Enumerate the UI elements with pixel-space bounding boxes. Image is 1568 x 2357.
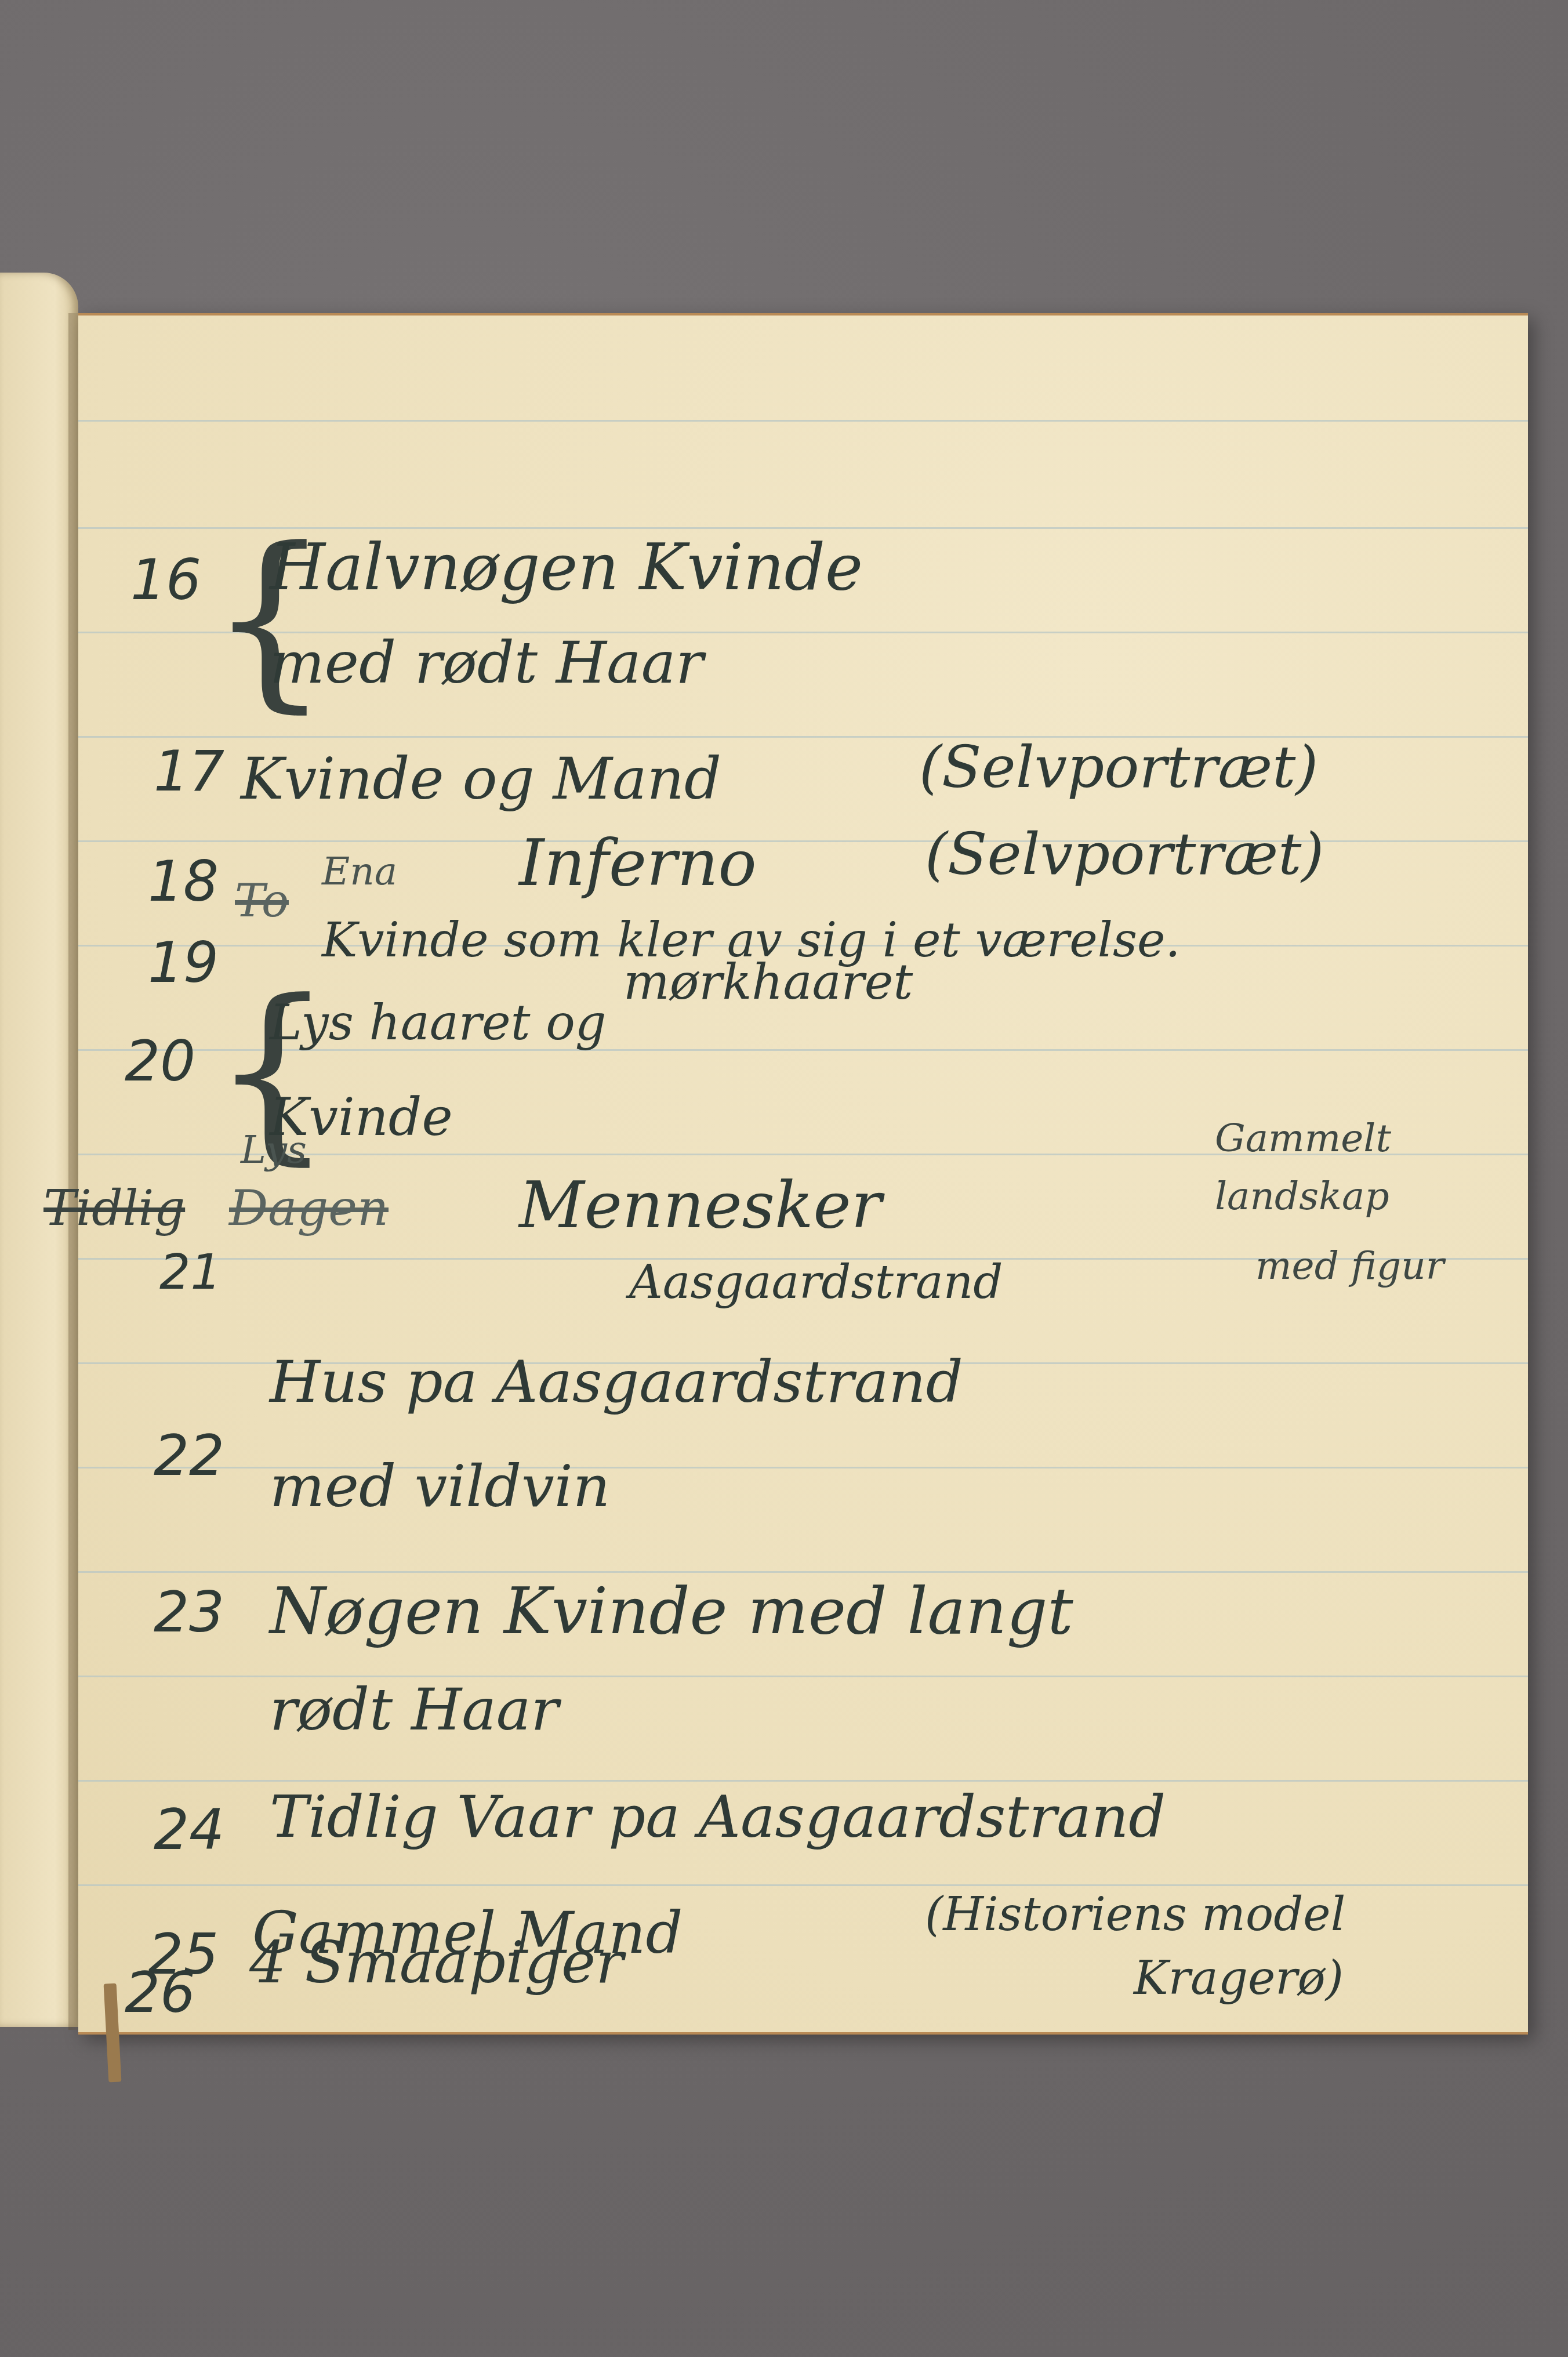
side-note-line: Gammelt xyxy=(1215,1116,1391,1161)
entry-number: 19 xyxy=(148,930,219,995)
entry-line: (Selvportræt) xyxy=(925,820,1324,888)
overwritten-word: Ena xyxy=(322,849,397,894)
entry-line: Kvinde og Mand xyxy=(241,745,721,813)
entry-line: 4 Smaapiger xyxy=(249,1928,623,1996)
ruled-line xyxy=(78,1571,1528,1573)
entry-line: Hus pa Aasgaardstrand xyxy=(270,1348,963,1416)
entry-line: Nøgen Kvinde med langt xyxy=(270,1574,1073,1648)
entry-line: Halvnøgen Kvinde xyxy=(270,530,863,604)
entry-number: 20 xyxy=(125,1029,195,1094)
entry-line: (Selvportræt) xyxy=(919,733,1318,801)
ruled-line xyxy=(78,420,1528,422)
struck-word: Tidlig xyxy=(43,1180,185,1236)
ruled-line xyxy=(78,1884,1528,1886)
entry-line: rødt Haar xyxy=(270,1676,558,1743)
entry-number: 26 xyxy=(125,1960,195,2025)
entry-number: 24 xyxy=(154,1797,224,1862)
entry-number: 23 xyxy=(154,1580,224,1645)
notebook-page: 16 { Halvnøgen Kvinde med rødt Haar 17 K… xyxy=(78,313,1528,2035)
entry-number: 16 xyxy=(130,547,201,612)
inserted-word: Lys xyxy=(241,1127,307,1172)
entry-line: mørkhaaret xyxy=(623,953,913,1010)
entry-line: med vildvin xyxy=(270,1452,610,1520)
left-page-edge xyxy=(0,273,78,2027)
struck-word: To xyxy=(235,875,289,927)
entry-line: (Historiens model xyxy=(925,1887,1345,1941)
entry-number: 21 xyxy=(159,1243,222,1300)
entry-line: med rødt Haar xyxy=(270,629,703,697)
ruled-line xyxy=(78,1780,1528,1782)
struck-word: Dagen xyxy=(229,1180,389,1236)
entry-line: Lys haaret og xyxy=(270,994,607,1051)
entry-line: Aasgaardstrand xyxy=(629,1255,1003,1309)
entry-number: 17 xyxy=(154,739,224,804)
entry-line: Kragerø) xyxy=(1134,1951,1344,2005)
side-note-line: med figur xyxy=(1255,1243,1444,1288)
entry-line: Tidlig Vaar pa Aasgaardstrand xyxy=(270,1783,1166,1851)
entry-number: 18 xyxy=(148,849,219,914)
side-note-line: landskap xyxy=(1215,1174,1389,1219)
entry-line: Inferno xyxy=(519,826,757,900)
entry-number: 22 xyxy=(154,1423,224,1488)
entry-line: Mennesker xyxy=(519,1168,881,1242)
